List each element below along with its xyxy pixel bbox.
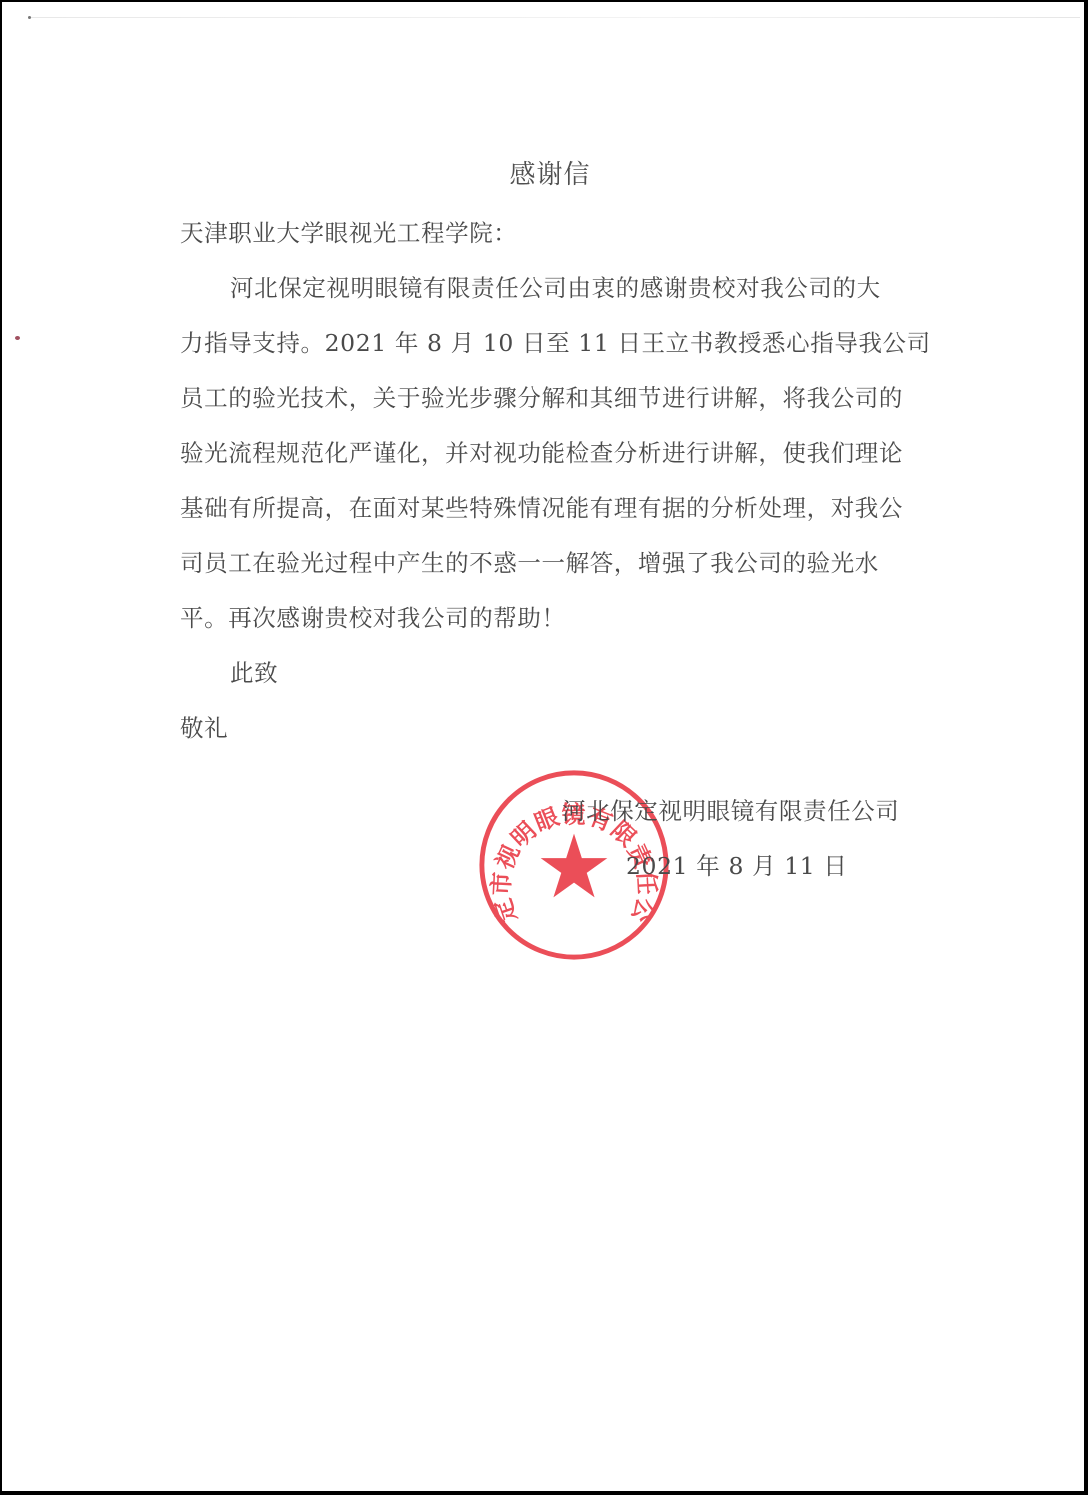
- body-line-7: 平。再次感谢贵校对我公司的帮助！: [180, 599, 566, 633]
- body-line-5: 基础有所提高，在面对某些特殊情况能有理有据的分析处理，对我公: [180, 489, 903, 523]
- scan-artifact-mark: [15, 336, 20, 340]
- body-line-2: 力指导支持。2021 年 8 月 10 日至 11 日王立书教授悉心指导我公司: [180, 324, 931, 358]
- body-line-4: 验光流程规范化严谨化，并对视功能检查分析进行讲解，使我们理论: [180, 434, 903, 468]
- signature-company: 河北保定视明眼镜有限责任公司: [562, 792, 899, 826]
- body-line-6: 司员工在验光过程中产生的不惑一一解答，增强了我公司的验光水: [180, 544, 879, 578]
- scan-artifact-dot: [28, 16, 31, 19]
- body-line-3: 员工的验光技术，关于验光步骤分解和其细节进行讲解，将我公司的: [180, 379, 903, 413]
- star-icon: [541, 834, 608, 898]
- signature-date: 2021 年 8 月 11 日: [626, 847, 848, 881]
- salutation: 天津职业大学眼视光工程学院：: [180, 214, 517, 248]
- closing-jing-li: 敬礼: [180, 709, 228, 743]
- letter-title: 感谢信: [2, 154, 1088, 191]
- document-page: 感谢信 天津职业大学眼视光工程学院： 河北保定视明眼镜有限责任公司由衷的感谢贵校…: [2, 2, 1084, 1491]
- closing-ci-zhi: 此致: [230, 654, 278, 688]
- scan-artifact-line: [30, 17, 1080, 18]
- body-line-1: 河北保定视明眼镜有限责任公司由衷的感谢贵校对我公司的大: [230, 269, 881, 303]
